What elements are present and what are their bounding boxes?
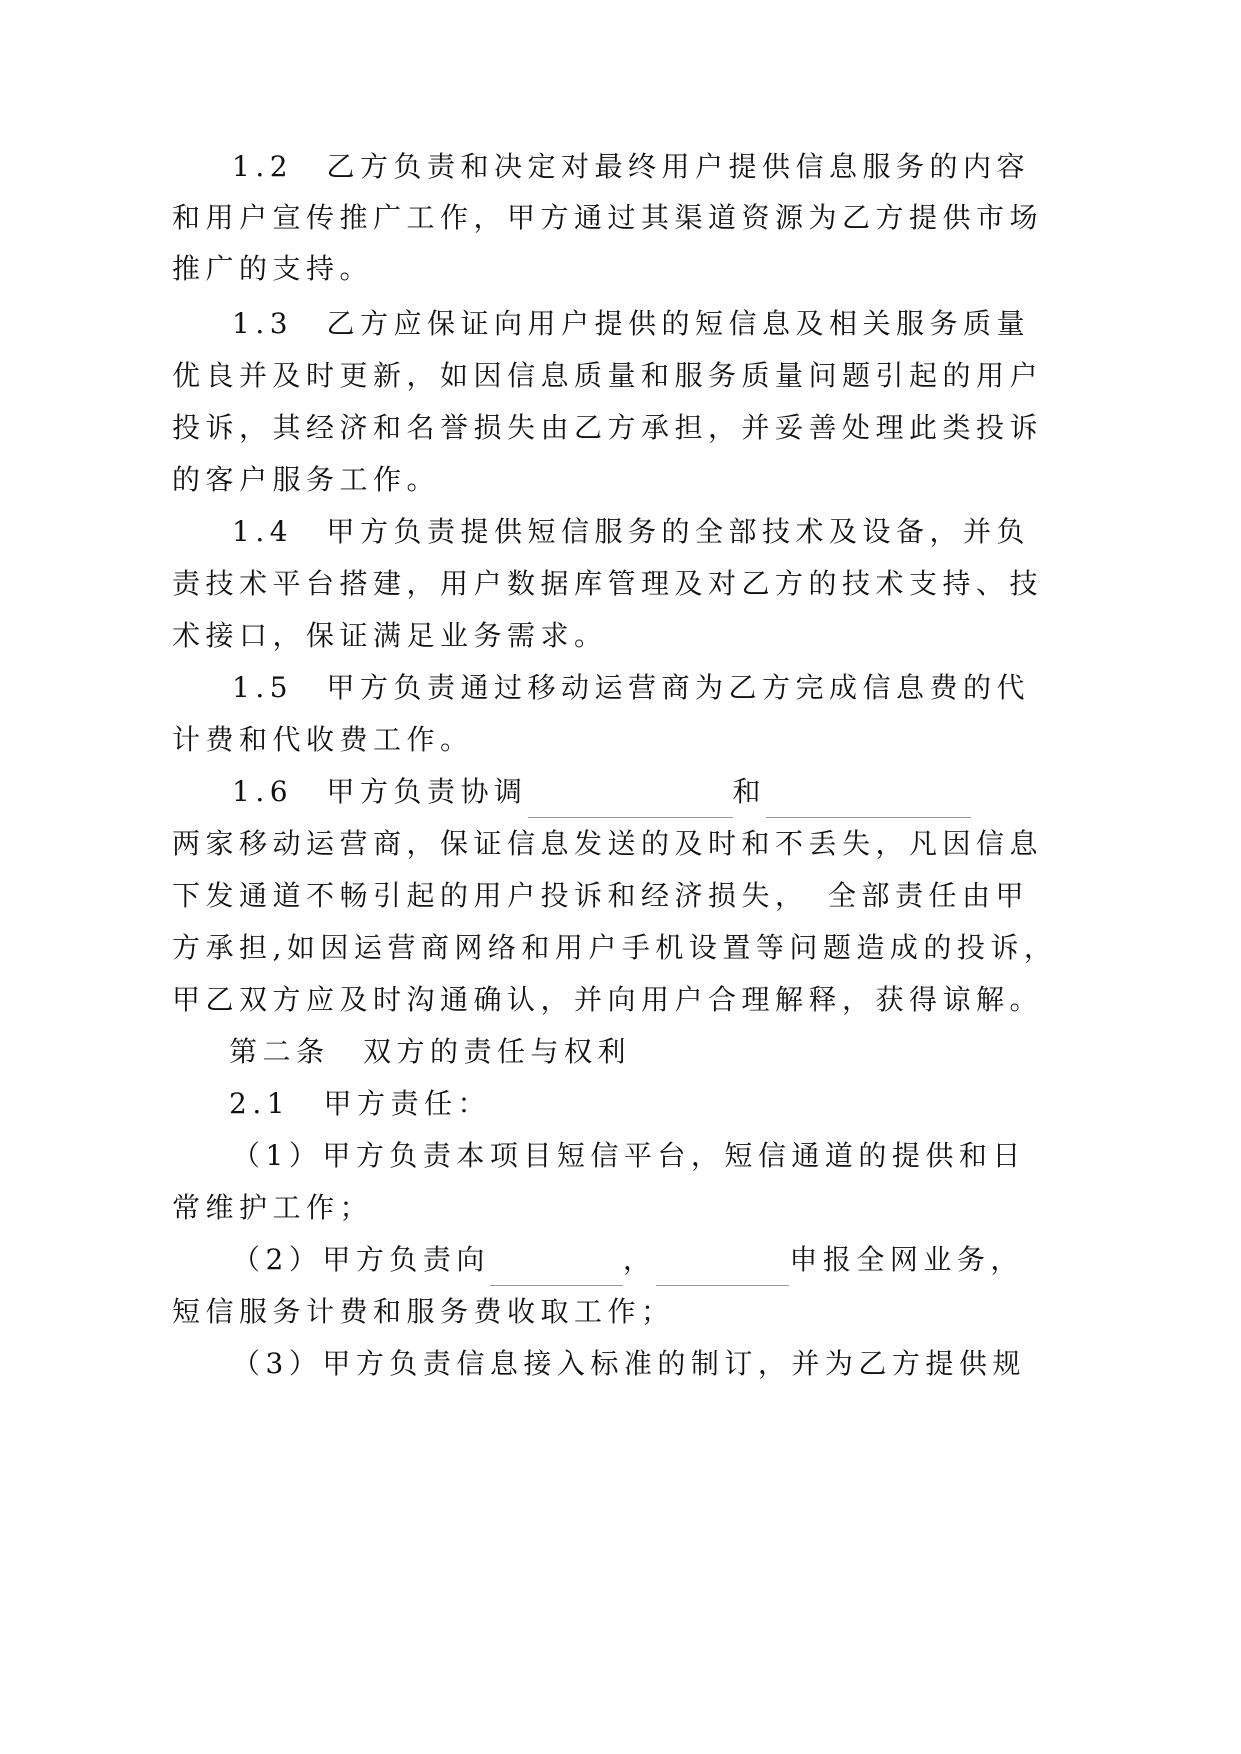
document-page: 1.2 乙方负责和决定对最终用户提供信息服务的内容 和用户宣传推广工作，甲方通过…	[0, 0, 1241, 1754]
item-2-line-2: 短信服务计费和服务费收取工作；	[172, 1286, 942, 1338]
paragraph-1-3-line-1: 1.3 乙方应保证向用户提供的短信息及相关服务质量	[232, 298, 942, 350]
paragraph-1-6-prefix: 1.6 甲方负责协调	[232, 775, 528, 808]
item-2-prefix: （2）甲方负责向	[232, 1243, 490, 1276]
paragraph-1-6-line-4: 方承担,如因运营商网络和用户手机设置等问题造成的投诉，	[172, 922, 942, 974]
item-2-suffix: 申报全网业务，	[789, 1243, 1024, 1276]
fill-in-blank-operator-2[interactable]	[766, 787, 971, 818]
paragraph-1-5-line-1: 1.5 甲方负责通过移动运营商为乙方完成信息费的代	[232, 662, 942, 714]
fill-in-blank-operator-1[interactable]	[528, 787, 733, 818]
paragraph-1-3-line-3: 投诉，其经济和名誉损失由乙方承担，并妥善处理此类投诉	[172, 402, 942, 454]
item-2-line-1: （2）甲方负责向，申报全网业务，	[232, 1234, 942, 1286]
paragraph-1-5-line-2: 计费和代收费工作。	[172, 714, 942, 766]
fill-in-blank-recipient-1[interactable]	[490, 1255, 623, 1286]
clause-2-1-heading: 2.1 甲方责任：	[229, 1078, 999, 1130]
item-3-line-1: （3）甲方负责信息接入标准的制订，并为乙方提供规	[232, 1338, 942, 1390]
fill-in-blank-recipient-2[interactable]	[656, 1255, 789, 1286]
paragraph-1-4-line-1: 1.4 甲方负责提供短信服务的全部技术及设备，并负	[232, 506, 942, 558]
paragraph-1-2-line-2: 和用户宣传推广工作，甲方通过其渠道资源为乙方提供市场	[172, 192, 942, 244]
item-1-line-1: （1）甲方负责本项目短信平台，短信通道的提供和日	[232, 1130, 942, 1182]
paragraph-1-2-line-1: 1.2 乙方负责和决定对最终用户提供信息服务的内容	[232, 141, 942, 193]
paragraph-1-3-line-4: 的客户服务工作。	[172, 454, 942, 506]
paragraph-1-3-line-2: 优良并及时更新，如因信息质量和服务质量问题引起的用户	[172, 350, 942, 402]
paragraph-1-2-line-3: 推广的支持。	[172, 243, 942, 295]
paragraph-1-4-line-3: 术接口，保证满足业务需求。	[172, 610, 942, 662]
item-1-line-2: 常维护工作；	[172, 1182, 942, 1234]
paragraph-1-6-line-2: 两家移动运营商，保证信息发送的及时和不丢失，凡因信息	[172, 818, 942, 870]
paragraph-1-6-line-5: 甲乙双方应及时沟通确认，并向用户合理解释，获得谅解。	[172, 974, 942, 1026]
paragraph-1-6-line-1: 1.6 甲方负责协调和	[232, 766, 942, 818]
paragraph-1-6-line-3: 下发通道不畅引起的用户投诉和经济损失， 全部责任由甲	[172, 870, 942, 922]
paragraph-1-4-line-2: 责技术平台搭建，用户数据库管理及对乙方的技术支持、技	[172, 558, 942, 610]
paragraph-1-6-and: 和	[733, 775, 767, 808]
section-heading-article-2: 第二条 双方的责任与权利	[229, 1026, 999, 1078]
item-2-comma: ，	[623, 1243, 657, 1276]
